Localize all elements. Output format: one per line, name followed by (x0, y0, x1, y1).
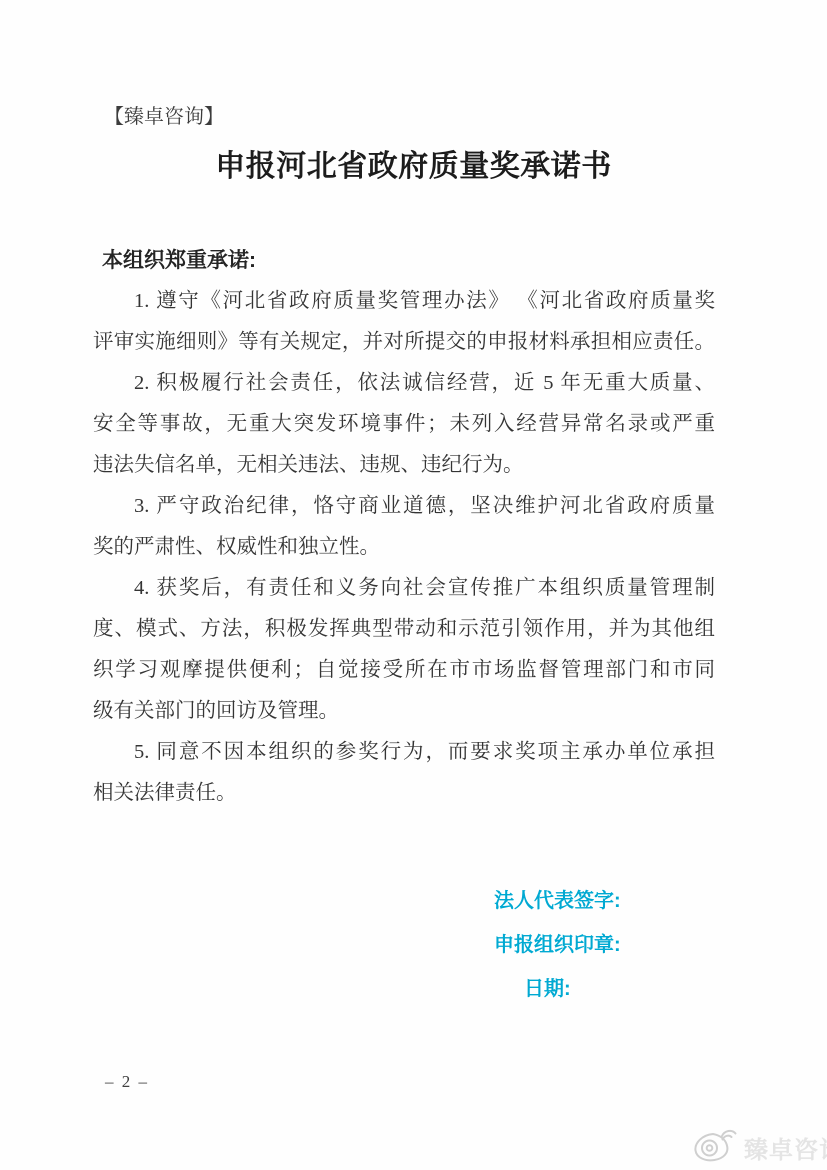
commitment-heading: 本组织郑重承诺: (93, 240, 715, 281)
paragraph-line: 安全等事故，无重大突发环境事件；未列入经营异常名录或严重 (93, 404, 715, 445)
paragraph-line: 3. 严守政治纪律，恪守商业道德，坚决维护河北省政府质量 (93, 486, 715, 527)
watermark-text: 臻卓咨询 (744, 1130, 827, 1165)
paragraph-line: 度、模式、方法，积极发挥典型带动和示范引领作用，并为其他组 (93, 609, 715, 650)
brand-tag: 【臻卓咨询】 (104, 104, 224, 130)
paragraph-line: 4. 获奖后，有责任和义务向社会宣传推广本组织质量管理制 (93, 568, 715, 609)
document-title: 申报河北省政府质量奖承诺书 (0, 149, 827, 185)
paragraph-line: 5. 同意不因本组织的参奖行为，而要求奖项主承办单位承担 (93, 732, 715, 773)
paragraph-4: 4. 获奖后，有责任和义务向社会宣传推广本组织质量管理制 度、模式、方法，积极发… (93, 568, 715, 732)
body-text-block: 本组织郑重承诺: 1. 遵守《河北省政府质量奖管理办法》 《河北省政府质量奖 评… (93, 240, 715, 814)
paragraph-3: 3. 严守政治纪律，恪守商业道德，坚决维护河北省政府质量 奖的严肃性、权威性和独… (93, 486, 715, 568)
paragraph-line: 相关法律责任。 (93, 773, 715, 814)
paragraph-line: 1. 遵守《河北省政府质量奖管理办法》 《河北省政府质量奖 (93, 281, 715, 322)
paragraph-line: 级有关部门的回访及管理。 (93, 691, 715, 732)
legal-representative-signature-label: 法人代表签字: (494, 879, 621, 923)
watermark: 臻卓咨询 (692, 1126, 827, 1169)
organization-seal-label: 申报组织印章: (494, 923, 621, 967)
signature-block: 法人代表签字: 申报组织印章: 日期: (494, 879, 621, 1011)
weibo-logo-icon (692, 1126, 738, 1169)
paragraph-line: 2. 积极履行社会责任，依法诚信经营，近 5 年无重大质量、 (93, 363, 715, 404)
paragraph-5: 5. 同意不因本组织的参奖行为，而要求奖项主承办单位承担 相关法律责任。 (93, 732, 715, 814)
date-label: 日期: (494, 967, 621, 1011)
paragraph-line: 评审实施细则》等有关规定，并对所提交的申报材料承担相应责任。 (93, 322, 715, 363)
paragraph-line: 奖的严肃性、权威性和独立性。 (93, 527, 715, 568)
paragraph-line: 违法失信名单，无相关违法、违规、违纪行为。 (93, 445, 715, 486)
page-number: – 2 – (105, 1071, 149, 1093)
paragraph-line: 织学习观摩提供便利；自觉接受所在市市场监督管理部门和市同 (93, 650, 715, 691)
paragraph-1: 1. 遵守《河北省政府质量奖管理办法》 《河北省政府质量奖 评审实施细则》等有关… (93, 281, 715, 363)
paragraph-2: 2. 积极履行社会责任，依法诚信经营，近 5 年无重大质量、 安全等事故，无重大… (93, 363, 715, 486)
document-page: 【臻卓咨询】 申报河北省政府质量奖承诺书 本组织郑重承诺: 1. 遵守《河北省政… (0, 0, 827, 1170)
